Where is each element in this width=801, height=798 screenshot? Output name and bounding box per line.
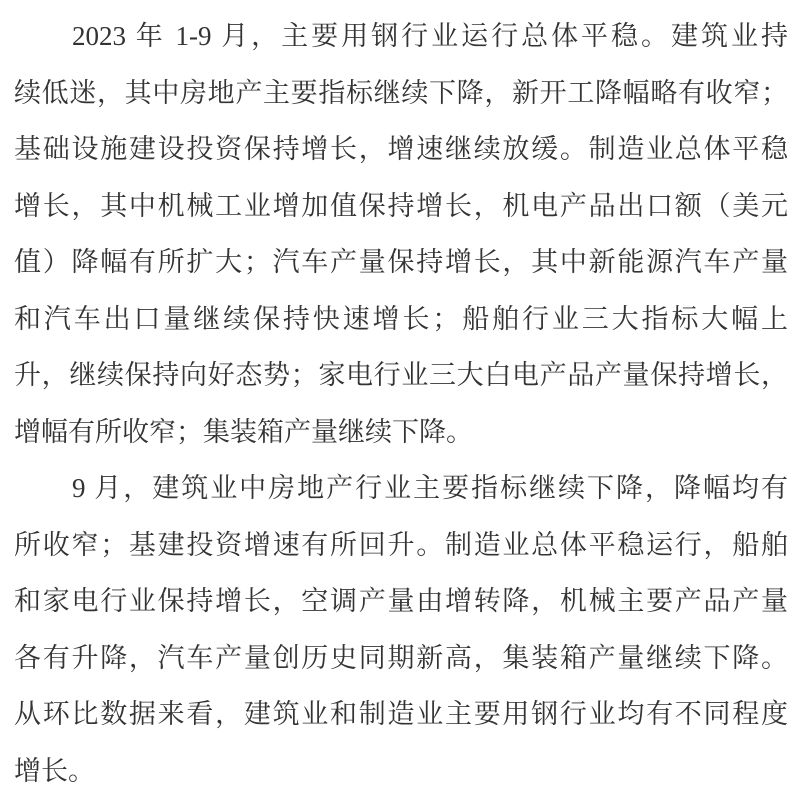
text-line: 和汽车出口量继续保持快速增长；船舶行业三大指标大幅上: [14, 291, 788, 348]
text-line: 和家电行业保持增长，空调产量由增转降，机械主要产品产量: [14, 573, 788, 630]
paragraph: 2023 年 1-9 月，主要用钢行业运行总体平稳。建筑业持续低迷，其中房地产主…: [14, 8, 788, 460]
text-line: 增幅有所收窄；集装箱产量继续下降。: [14, 404, 788, 461]
text-line: 从环比数据来看，建筑业和制造业主要用钢行业均有不同程度: [14, 686, 788, 743]
paragraph: 9 月，建筑业中房地产行业主要指标继续下降，降幅均有所收窄；基建投资增速有所回升…: [14, 460, 788, 798]
text-line: 2023 年 1-9 月，主要用钢行业运行总体平稳。建筑业持: [14, 8, 788, 65]
text-line: 续低迷，其中房地产主要指标继续下降，新开工降幅略有收窄；: [14, 65, 788, 122]
text-line: 各有升降，汽车产量创历史同期新高，集装箱产量继续下降。: [14, 630, 788, 687]
text-line: 值）降幅有所扩大；汽车产量保持增长，其中新能源汽车产量: [14, 234, 788, 291]
document-page: 2023 年 1-9 月，主要用钢行业运行总体平稳。建筑业持续低迷，其中房地产主…: [0, 0, 801, 798]
text-line: 所收窄；基建投资增速有所回升。制造业总体平稳运行，船舶: [14, 517, 788, 574]
text-line: 增长。: [14, 743, 788, 798]
text-line: 9 月，建筑业中房地产行业主要指标继续下降，降幅均有: [14, 460, 788, 517]
text-line: 基础设施建设投资保持增长，增速继续放缓。制造业总体平稳: [14, 121, 788, 178]
text-line: 增长，其中机械工业增加值保持增长，机电产品出口额（美元: [14, 178, 788, 235]
text-line: 升，继续保持向好态势；家电行业三大白电产品产量保持增长，: [14, 347, 788, 404]
document-body: 2023 年 1-9 月，主要用钢行业运行总体平稳。建筑业持续低迷，其中房地产主…: [14, 8, 788, 798]
